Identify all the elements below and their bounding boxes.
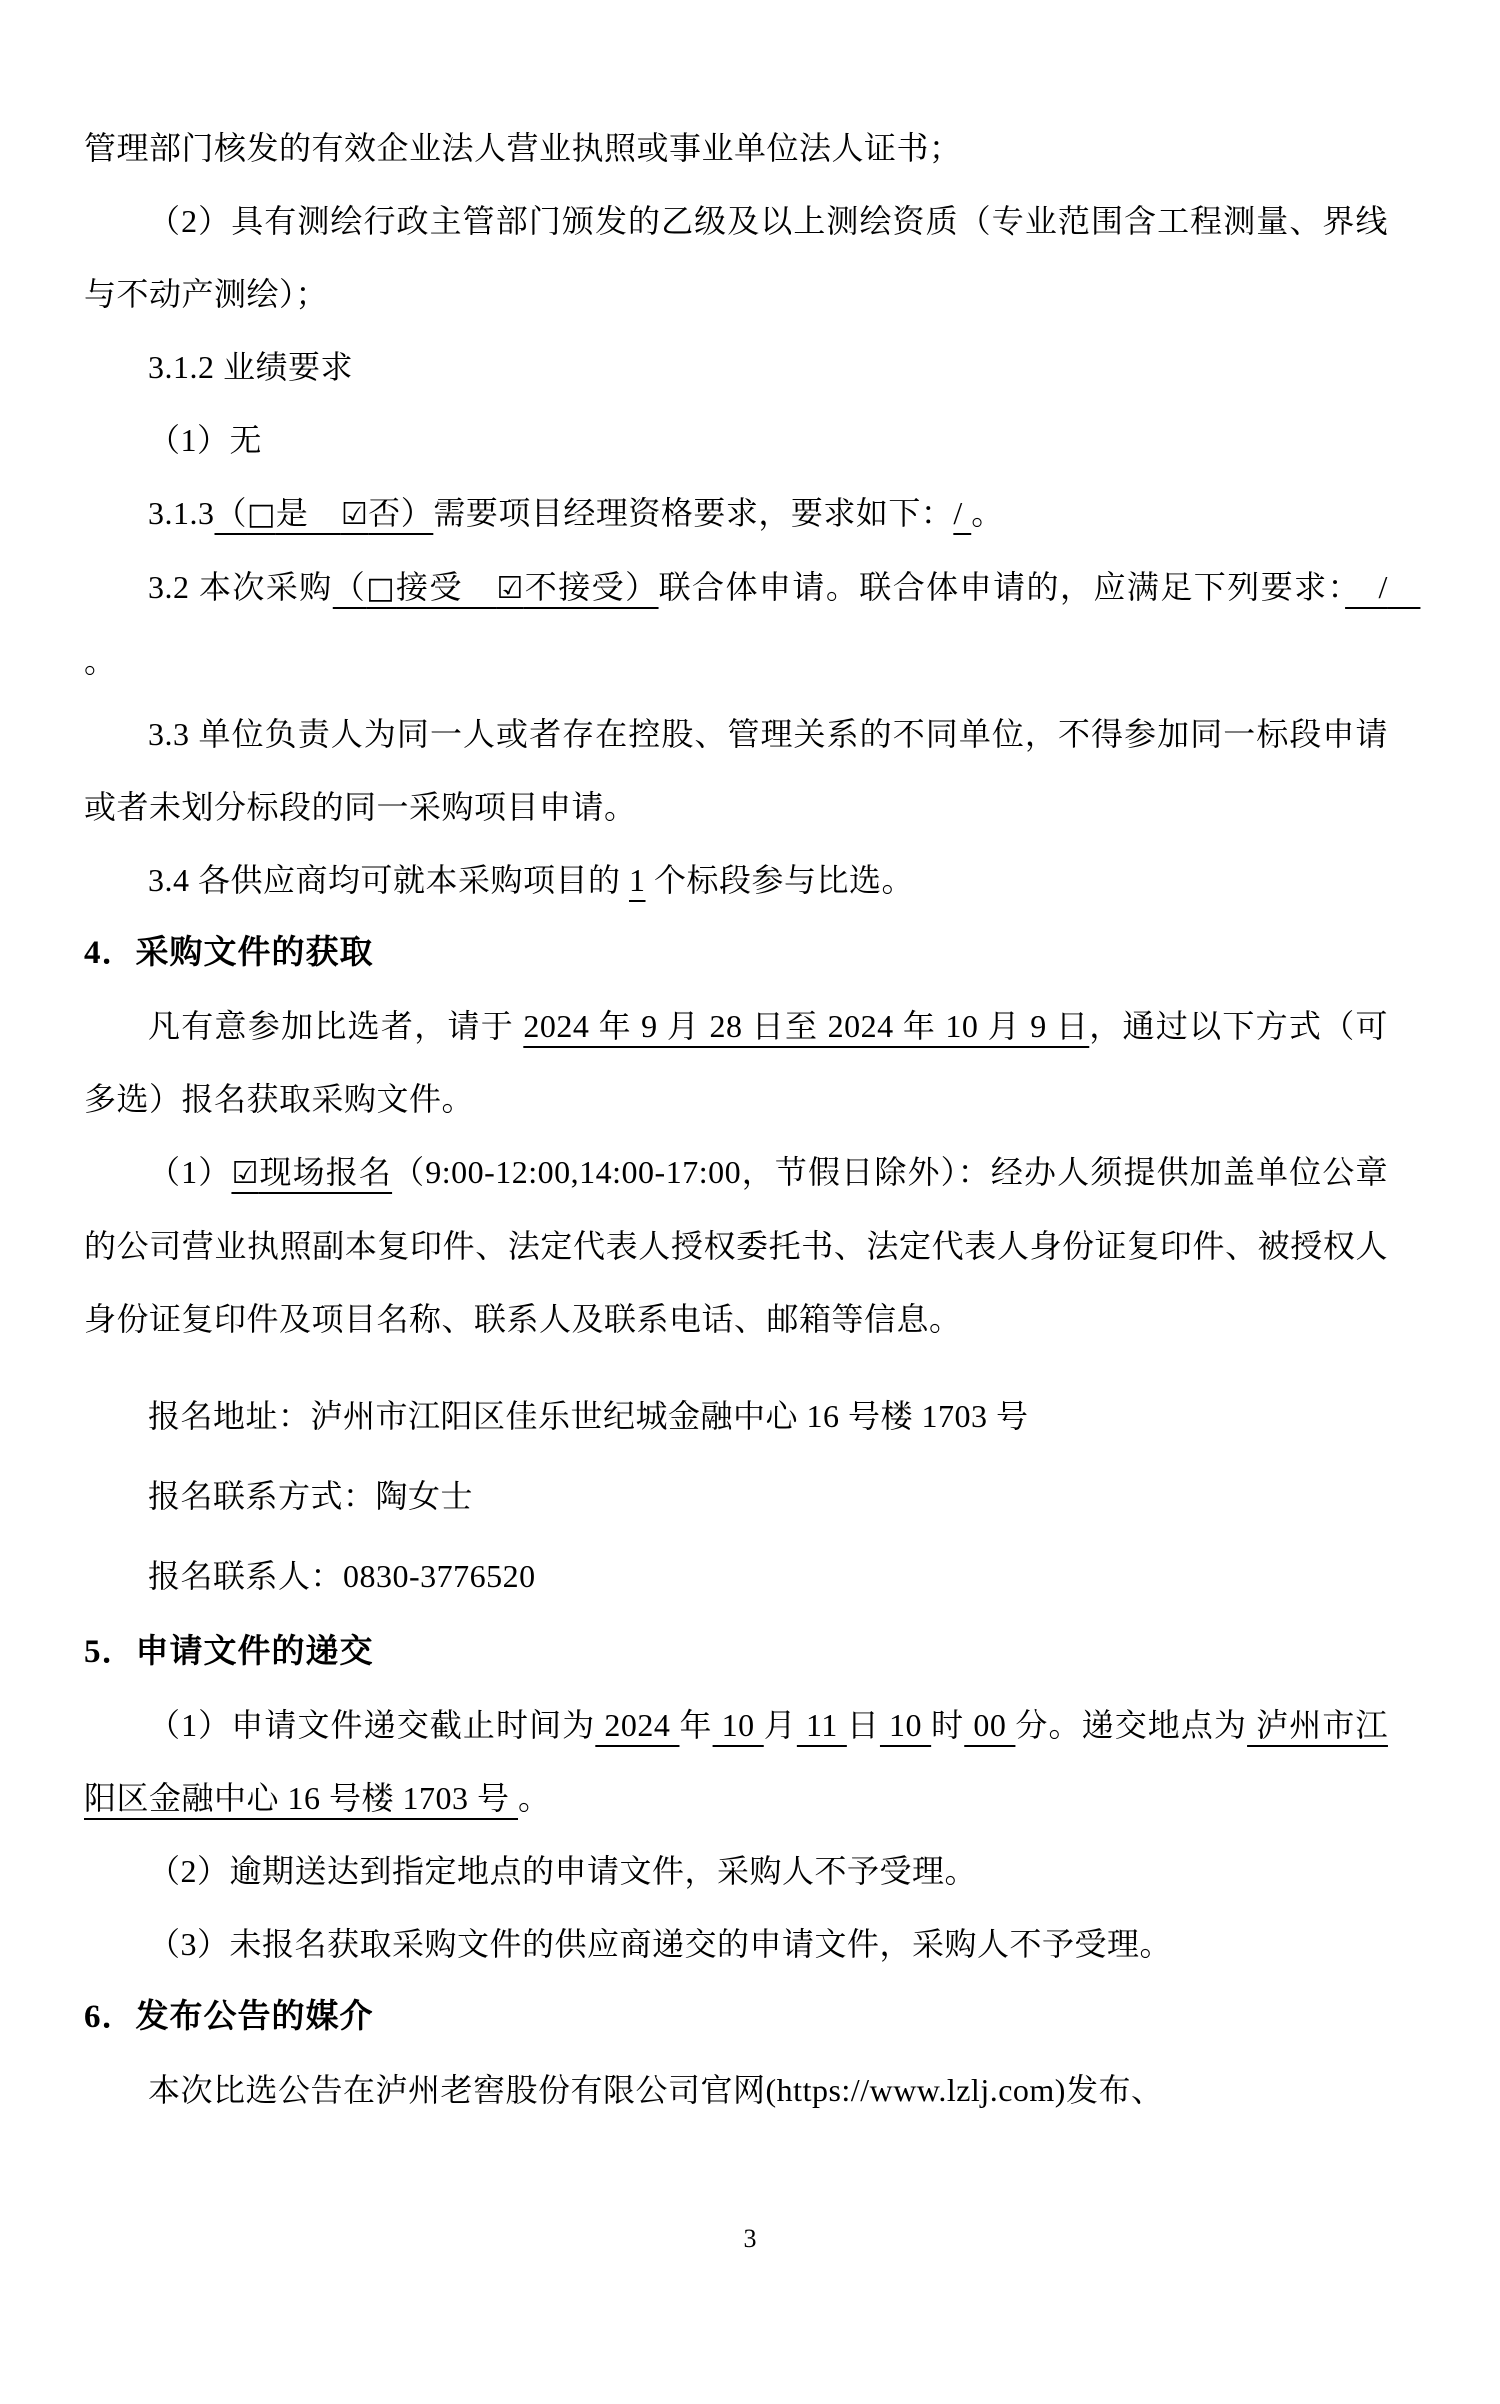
deadline-month: 10 (713, 1707, 764, 1743)
clause-qualification-2: （2）具有测绘行政主管部门颁发的乙级及以上测绘资质（专业范围含工程测量、界线与不… (84, 185, 1388, 331)
registration-date-range: 2024 年 9 月 28 日至 2024 年 10 月 9 日 (523, 1008, 1089, 1044)
deadline-day: 11 (797, 1707, 847, 1743)
submission-deadline-clause: （1）申请文件递交截止时间为 2024 年 10 月 11 日 10 时 00 … (84, 1689, 1388, 1835)
clause-text: 需要项目经理资格要求，要求如下： (433, 495, 953, 531)
clause-3-2: 3.2 本次采购（□接受 ☑不接受）联合体申请。联合体申请的，应满足下列要求： … (84, 551, 1388, 698)
document-page: 管理部门核发的有效企业法人营业执照或事业单位法人证书； （2）具有测绘行政主管部… (0, 0, 1500, 2404)
clause-text: 联合体申请。联合体申请的，应满足下列要求： (659, 569, 1346, 605)
section-6-heading: 6．发布公告的媒介 (84, 1981, 1388, 2054)
clause-3-1-2-title: 3.1.2 业绩要求 (84, 331, 1388, 404)
onsite-method-group: ☑现场报名 (231, 1154, 392, 1190)
unit-month: 月 (764, 1707, 797, 1743)
option-open-paren: （ (215, 495, 248, 531)
announcement-media-intro: 本次比选公告在泸州老窖股份有限公司官网(https://www.lzlj.com… (84, 2054, 1388, 2127)
clause-number: 3.1.3 (148, 495, 215, 531)
clause-3-4: 3.4 各供应商均可就本采购项目的 1 个标段参与比选。 (84, 844, 1388, 917)
checkbox-unchecked-icon: □ (247, 497, 276, 532)
unit-hour: 时 (931, 1707, 964, 1743)
section-4-heading: 4．采购文件的获取 (84, 917, 1388, 990)
option-label-yes: 是 (276, 495, 341, 531)
clause-3-1-3: 3.1.3（□是 ☑否）需要项目经理资格要求，要求如下：/ 。 (84, 477, 1388, 551)
period: 。 (971, 495, 1004, 531)
submission-rule-3: （3）未报名获取采购文件的供应商递交的申请文件，采购人不予受理。 (84, 1908, 1388, 1981)
checkbox-checked-icon: ☑ (231, 1156, 258, 1191)
unit-minute: 分。递交地点为 (1015, 1707, 1247, 1743)
period: 。 (518, 1780, 551, 1816)
clause-text: 个标段参与比选。 (646, 862, 915, 898)
section-5-heading: 5．申请文件的递交 (84, 1616, 1388, 1689)
checkbox-checked-icon: ☑ (341, 497, 368, 532)
checkbox-checked-icon: ☑ (496, 571, 523, 606)
deadline-year: 2024 (595, 1707, 679, 1743)
clause-text: 3.4 各供应商均可就本采购项目的 (148, 862, 629, 898)
submission-rule-2: （2）逾期送达到指定地点的申请文件，采购人不予受理。 (84, 1835, 1388, 1908)
option-label-accept: 接受 (396, 569, 496, 605)
registration-address: 报名地址：泸州市江阳区佳乐世纪城金融中心 16 号楼 1703 号 (84, 1376, 1388, 1456)
checkbox-unchecked-icon: □ (366, 571, 396, 606)
registration-contact-method: 报名联系方式：陶女士 (84, 1456, 1388, 1536)
registration-contact-person: 报名联系人：0830-3776520 (84, 1536, 1388, 1616)
unit-day: 日 (847, 1707, 880, 1743)
yes-no-option-group: （□是 ☑否） (215, 495, 434, 531)
paragraph-license-continuation: 管理部门核发的有效企业法人营业执照或事业单位法人证书； (84, 112, 1388, 185)
method-label: 现场报名 (259, 1154, 392, 1190)
clause-text: （1）申请文件递交截止时间为 (148, 1707, 595, 1743)
intro-text: 凡有意参加比选者，请于 (148, 1008, 523, 1044)
deadline-minute: 00 (964, 1707, 1015, 1743)
deadline-hour: 10 (880, 1707, 931, 1743)
document-body: 管理部门核发的有效企业法人营业执照或事业单位法人证书； （2）具有测绘行政主管部… (0, 0, 1500, 2127)
option-label-no: 否） (368, 495, 433, 531)
option-open-paren: （ (333, 569, 366, 605)
page-number: 3 (0, 2224, 1500, 2254)
intro-text: 本次比选公告在泸州老窖股份有限公司官网( (148, 2072, 777, 2108)
blank-slash: / (1345, 569, 1420, 605)
lot-count-value: 1 (629, 862, 646, 898)
period: 。 (84, 643, 117, 679)
unit-year: 年 (679, 1707, 712, 1743)
accept-option-group: （□接受 ☑不接受） (333, 569, 659, 605)
clause-number: 3.2 本次采购 (148, 569, 333, 605)
item-number: （1） (148, 1154, 231, 1190)
section-4-intro: 凡有意参加比选者，请于 2024 年 9 月 28 日至 2024 年 10 月… (84, 990, 1388, 1136)
method-onsite-registration: （1）☑现场报名（9:00-12:00,14:00-17:00，节假日除外）：经… (84, 1136, 1388, 1356)
option-label-reject: 不接受） (524, 569, 659, 605)
clause-3-3: 3.3 单位负责人为同一人或者存在控股、管理关系的不同单位，不得参加同一标段申请… (84, 698, 1388, 844)
blank-slash: / (953, 495, 971, 531)
clause-3-1-2-item-1: （1）无 (84, 404, 1388, 477)
intro-text: )发布、 (1055, 2072, 1164, 2108)
registration-contact-block: 报名地址：泸州市江阳区佳乐世纪城金融中心 16 号楼 1703 号 报名联系方式… (84, 1376, 1388, 1616)
website-url: https://www.lzlj.com (777, 2072, 1055, 2108)
